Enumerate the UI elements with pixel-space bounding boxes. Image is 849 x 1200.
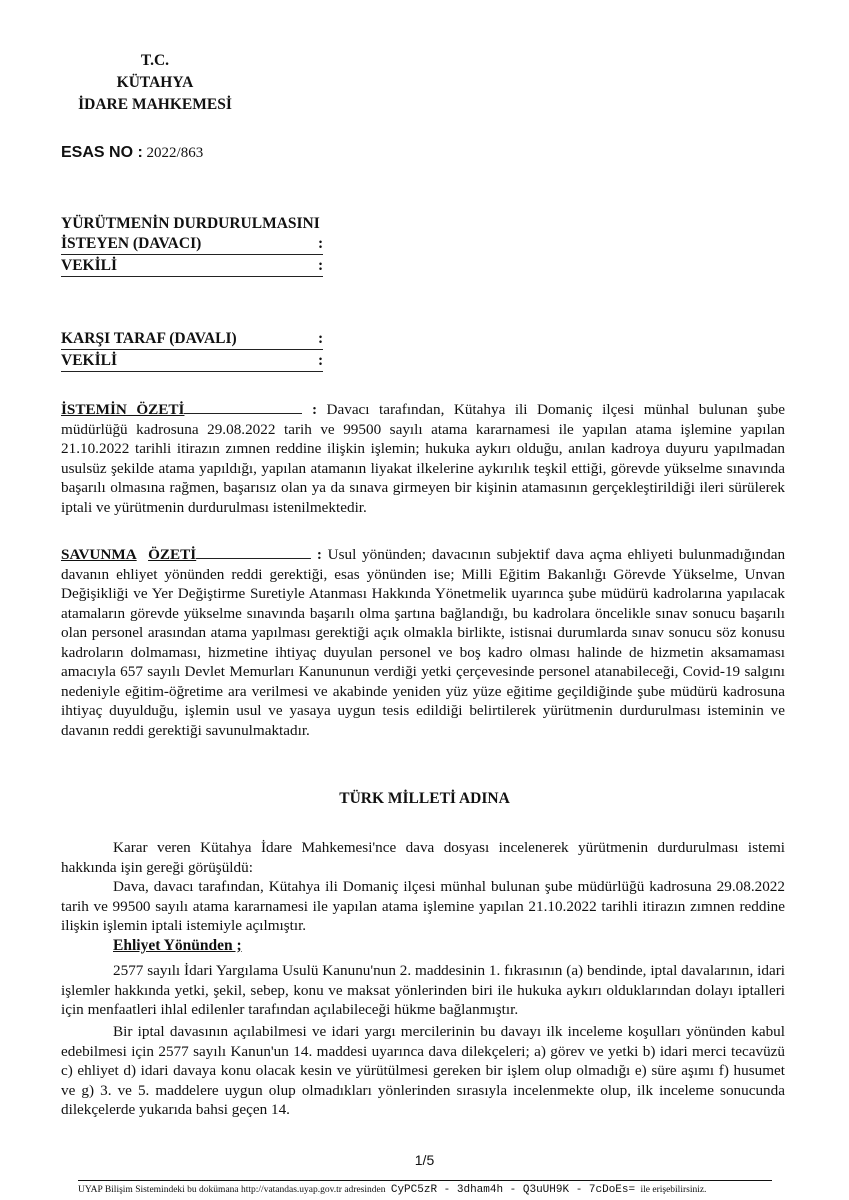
court-header: T.C. KÜTAHYA İDARE MAHKEMESİ (0, 50, 310, 116)
body-paragraph-1: Karar veren Kütahya İdare Mahkemesi'nce … (61, 838, 785, 877)
defendant-attorney-row: VEKİLİ : (61, 351, 331, 373)
defense-summary: SAVUNMA ÖZETİ : Usul yönünden; davacının… (61, 544, 785, 740)
plaintiff-attorney-row: VEKİLİ : (61, 256, 331, 278)
plaintiff-row: İSTEYEN (DAVACI) : (61, 234, 331, 256)
defense-summary-heading-2: ÖZETİ (148, 546, 196, 563)
defendant-attorney-colon: : (318, 351, 323, 371)
request-summary: İSTEMİN ÖZETİ : Davacı tarafından, Kütah… (61, 399, 785, 517)
body-paragraph-3: 2577 sayılı İdari Yargılama Usulü Kanunu… (61, 961, 785, 1020)
plaintiff-label: İSTEYEN (DAVACI) (61, 234, 323, 255)
defense-summary-text: Usul yönünden; davacının subjektif dava … (61, 546, 785, 739)
case-number-label: ESAS NO : (61, 144, 143, 161)
footer-suffix: ile erişebilirsiniz. (640, 1185, 706, 1195)
verification-code: CyPC5zR - 3dham4h - Q3uUH9K - 7cDoEs= (391, 1184, 635, 1196)
request-summary-heading: İSTEMİN ÖZETİ (61, 401, 184, 418)
defendant-colon: : (318, 329, 323, 349)
defense-summary-heading-1: SAVUNMA (61, 546, 137, 563)
request-title: YÜRÜTMENİN DURDURULMASINI (61, 214, 331, 234)
case-number-value: 2022/863 (147, 145, 204, 161)
plaintiff-colon: : (318, 234, 323, 254)
defendant-block: KARŞI TARAF (DAVALI) : VEKİLİ : (61, 329, 331, 373)
header-city: KÜTAHYA (0, 72, 310, 94)
decision-title: TÜRK MİLLETİ ADINA (0, 790, 849, 808)
footer-note: UYAP Bilişim Sistemindeki bu dokümana ht… (78, 1184, 706, 1196)
case-number: ESAS NO : 2022/863 (61, 144, 203, 162)
footer-prefix: UYAP Bilişim Sistemindeki bu dokümana ht… (78, 1185, 385, 1195)
plaintiff-attorney-label: VEKİLİ (61, 256, 323, 277)
defendant-attorney-label: VEKİLİ (61, 351, 323, 372)
request-summary-text: Davacı tarafından, Kütahya ili Domaniç i… (61, 401, 785, 516)
request-summary-colon: : (312, 401, 317, 418)
body-paragraph-2: Dava, davacı tarafından, Kütahya ili Dom… (61, 877, 785, 936)
header-court-name: İDARE MAHKEMESİ (0, 94, 310, 116)
defendant-label: KARŞI TARAF (DAVALI) (61, 329, 323, 350)
footer-divider (78, 1180, 772, 1181)
plaintiff-block: YÜRÜTMENİN DURDURULMASINI İSTEYEN (DAVAC… (61, 214, 331, 278)
defense-summary-colon: : (317, 546, 322, 563)
plaintiff-attorney-colon: : (318, 256, 323, 276)
header-tc: T.C. (0, 50, 310, 72)
body-paragraph-4: Bir iptal davasının açılabilmesi ve idar… (61, 1022, 785, 1120)
page-number: 1/5 (0, 1152, 849, 1168)
standing-subheading: Ehliyet Yönünden ; (113, 937, 242, 955)
defendant-row: KARŞI TARAF (DAVALI) : (61, 329, 331, 351)
